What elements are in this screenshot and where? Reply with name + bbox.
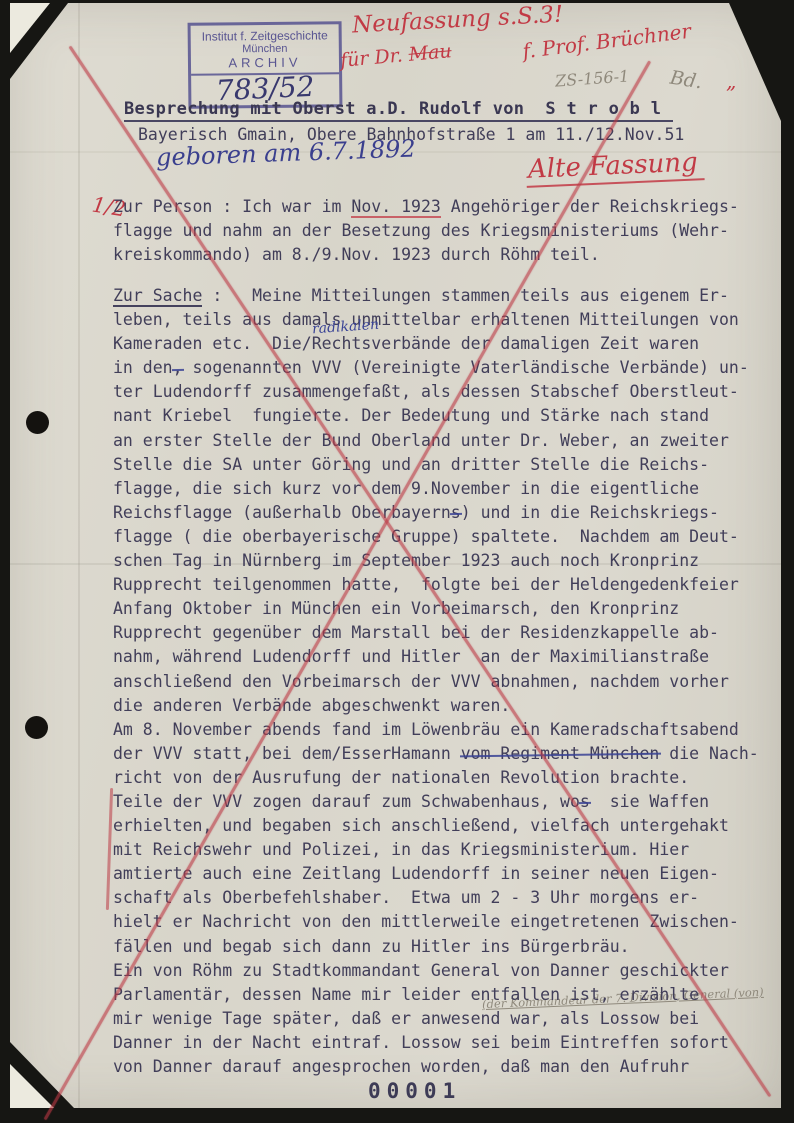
typed-line: anschließend den Vorbeimarsch der VVV ab…	[113, 670, 759, 694]
punch-hole-top	[26, 411, 49, 434]
typed-line: Zur Sache : Meine Mitteilungen stammen t…	[113, 284, 759, 308]
typed-line: schaft als Oberbefehlshaber. Etwa um 2 -…	[113, 886, 759, 910]
typed-line: nant Kriebel fungierte. Der Bedeutung un…	[113, 404, 759, 428]
typed-line: Anfang Oktober in München ein Vorbeimars…	[113, 597, 759, 621]
scanned-document-page: { "stamp": { "line1": "Institut f. Zeitg…	[0, 0, 794, 1123]
paper-sheet: Institut f. Zeitgeschichte München ARCHI…	[10, 3, 781, 1108]
pencil-volume-note: Bd.	[668, 67, 703, 94]
red-margin-emphasis-line	[106, 788, 113, 910]
handwritten-insertion: radikalen	[311, 319, 379, 337]
typed-line: Teile der VVV zogen darauf zum Schwabenh…	[113, 790, 759, 814]
typed-line: flagge und nahm an der Besetzung des Kri…	[113, 219, 739, 243]
page-number-stamp: 00001	[368, 1079, 461, 1103]
red-quote-mark: „	[726, 69, 736, 93]
punch-hole-bottom	[25, 716, 48, 739]
handwritten-dedication: für Dr. Mau	[339, 40, 452, 72]
typed-line: Danner in der Nacht eintraf. Lossow sei …	[113, 1031, 759, 1055]
typed-line: Stelle die SA unter Göring und an dritte…	[113, 453, 759, 477]
pencil-file-signature: ZS-156-1	[554, 66, 629, 90]
typed-line: in den, sogenannten VVV (Vereinigte Vate…	[113, 356, 759, 380]
typed-line: mit Reichswehr und Polizei, in das Krieg…	[113, 838, 759, 862]
paragraph-zur-person: Zur Person : Ich war im Nov. 1923 Angehö…	[113, 195, 739, 267]
typed-line: von Danner darauf angesprochen worden, d…	[113, 1055, 759, 1079]
typed-line: flagge ( die oberbayerische Gruppe) spal…	[113, 525, 759, 549]
ink-strikethrough: s	[451, 503, 461, 522]
red-underline: Nov. 1923	[351, 197, 440, 218]
typed-line: ter Ludendorff zusammengefaßt, als desse…	[113, 380, 759, 404]
typed-line: richt von der Ausrufung der nationalen R…	[113, 766, 759, 790]
typed-line: amtierte auch eine Zeitlang Ludendorff i…	[113, 862, 759, 886]
typed-line: Parlamentär, dessen Name mir leider entf…	[113, 983, 759, 1007]
typed-line: Zur Person : Ich war im Nov. 1923 Angehö…	[113, 195, 739, 219]
typed-line: schen Tag in Nürnberg im September 1923 …	[113, 549, 759, 573]
typed-line: nahm, während Ludendorff und Hitler an d…	[113, 645, 759, 669]
ink-strikethrough: vom Regiment München	[461, 744, 660, 763]
dog-ear-bottom-left	[10, 1064, 54, 1108]
document-title: Besprechung mit Oberst a.D. Rudolf von S…	[124, 99, 673, 122]
dog-ear-top-left	[10, 3, 50, 53]
ink-strikethrough: s	[580, 792, 590, 811]
scan-corner-top-right	[729, 3, 781, 121]
handwritten-neufassung-note: Neufassung s.S.3!	[351, 1, 563, 38]
typed-line: Ein von Röhm zu Stadtkommandant General …	[113, 959, 759, 983]
ink-strikethrough: ,	[173, 358, 183, 377]
typed-line: Rupprecht gegenüber dem Marstall bei der…	[113, 621, 759, 645]
typed-line: flagge, die sich kurz vor dem 9.November…	[113, 477, 759, 501]
typed-underline: Zur Sache	[113, 286, 202, 307]
typed-line: Kameraden etc. Die/Rechtsverbänderadikal…	[113, 332, 759, 356]
typed-line: der VVV statt, bei dem/EsserHamann vom R…	[113, 742, 759, 766]
insertion-anchor: Rechtsverbänderadikalen	[312, 334, 451, 353]
typed-line: leben, teils aus damals unmittelbar erha…	[113, 308, 759, 332]
typed-line: fällen und begab sich dann zu Hitler ins…	[113, 935, 759, 959]
typed-line: Reichsflagge (außerhalb Oberbayerns) und…	[113, 501, 759, 525]
handwritten-alte-fassung: Alte Fassung	[525, 147, 704, 188]
typed-line: die anderen Verbände abgeschwenkt waren.	[113, 694, 759, 718]
archive-stamp: Institut f. Zeitgeschichte München ARCHI…	[188, 21, 343, 109]
dedication-text: für Dr.	[339, 44, 403, 71]
paragraph-zur-sache: Zur Sache : Meine Mitteilungen stammen t…	[113, 284, 759, 1079]
vertical-fold-crease	[78, 3, 80, 1108]
typed-line: Am 8. November abends fand im Löwenbräu …	[113, 718, 759, 742]
dedication-name-struck: Mau	[408, 40, 453, 66]
typed-line: mir wenige Tage später, daß er anwesend …	[113, 1007, 759, 1031]
stamp-institution: Institut f. Zeitgeschichte	[191, 24, 339, 44]
